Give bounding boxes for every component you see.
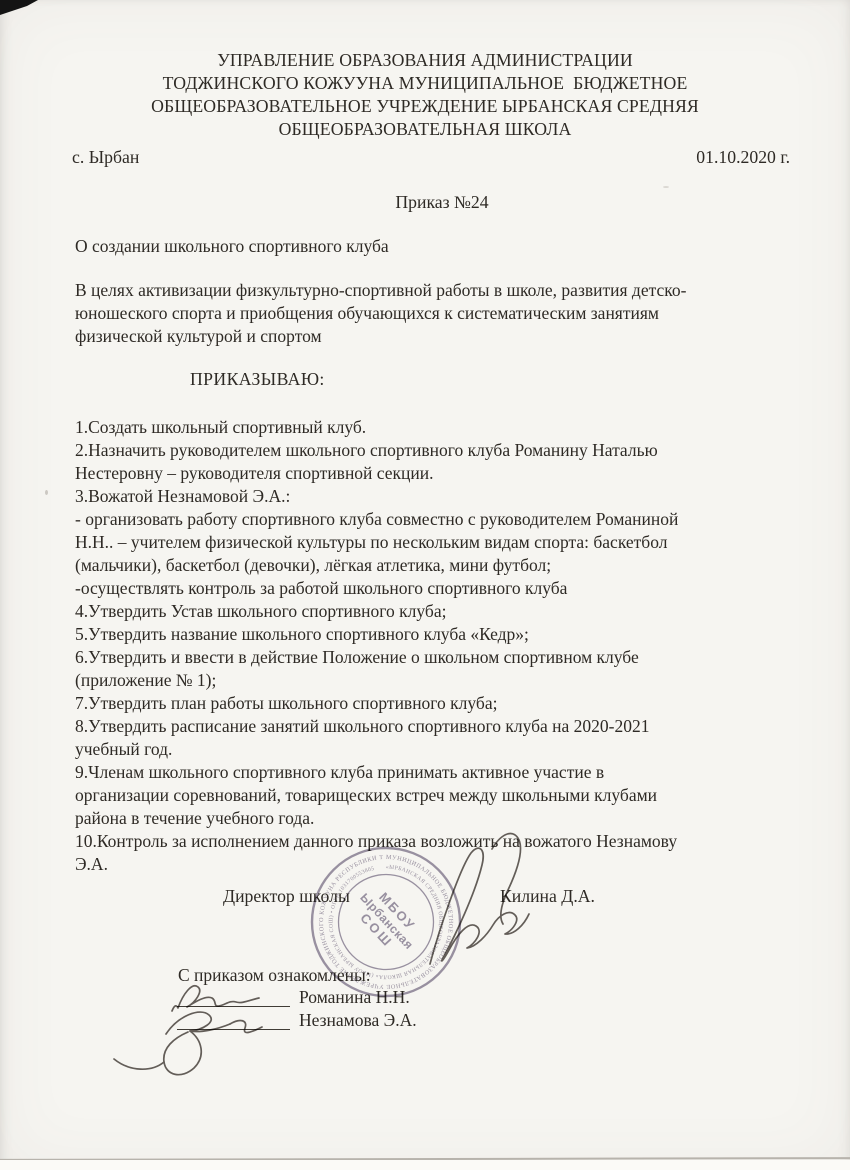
order-subject: О создании школьного спортивного клуба	[75, 235, 389, 258]
organization-header: УПРАВЛЕНИЕ ОБРАЗОВАНИЯ АДМИНИСТРАЦИИ ТОД…	[40, 49, 810, 141]
order-items: 1.Создать школьный спортивный клуб. 2.На…	[75, 416, 825, 876]
director-signature	[430, 834, 529, 964]
place-date-row: с. Ырбан 01.10.2020 г.	[72, 146, 790, 169]
order-title: Приказ №24	[0, 191, 850, 214]
scan-speck	[45, 490, 48, 495]
order-date: 01.10.2020 г.	[696, 146, 790, 169]
romanina-signature	[172, 986, 259, 1011]
place-label: с. Ырбан	[72, 146, 139, 169]
scan-corner-artifact	[0, 0, 38, 15]
scan-speck	[663, 186, 669, 188]
scanner-background	[0, 1160, 850, 1170]
signatures-layer	[90, 818, 570, 1098]
neznamova-signature	[114, 1012, 262, 1075]
scanned-document-page: УПРАВЛЕНИЕ ОБРАЗОВАНИЯ АДМИНИСТРАЦИИ ТОД…	[0, 0, 850, 1170]
order-preamble: В целях активизации физкультурно-спортив…	[75, 279, 815, 348]
directive-word: ПРИКАЗЫВАЮ:	[190, 368, 325, 391]
